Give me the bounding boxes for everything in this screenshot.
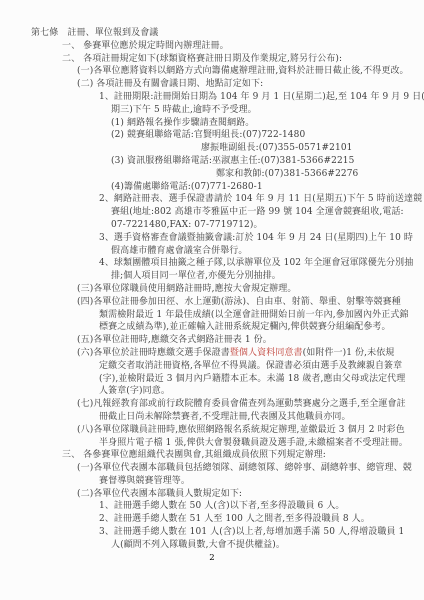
document-line: 定繳交者取消註冊資格,各單位不得異議。保證書必須由選手及教練親自簽章	[31, 360, 416, 373]
document-line: 3、註冊選手總人數在 101 人(含)以上者,每增加選手滿 50 人,得增設職員…	[31, 526, 416, 539]
document-line: 半身照片電子檔 1 張,俾供大會製發職員證及選手證,未繳檔案者不受理註冊。	[31, 437, 416, 450]
document-line: (3) 資訊服務組聯絡電話:巫淑惠主任:(07)381-5366#2215	[31, 155, 416, 168]
body-text: 一、 參賽單位應於規定時間內辦理註冊。	[62, 41, 229, 51]
body-text: 類需檢附最近 1 年最佳成績(以全運會註冊開始日前一年內,參加國內外正式錦	[99, 310, 409, 320]
body-text: 冊截止日尚未解除禁賽者,不受理註冊,代表團及其他職員亦同。	[99, 412, 351, 422]
document-line: 1、註冊期限:註冊開始日期為 104 年 9 月 1 日(星期二)起,至 104…	[31, 91, 416, 104]
body-text: 假高雄市體育處會議室合併舉行。	[111, 246, 248, 256]
body-text: (八)各單位隊職員註冊時,應依照網路報名系統規定辦理,並繳最近 3 個月 2 吋…	[77, 425, 405, 435]
body-text: 2、網路註冊表、選手保證書請於 104 年 9 月 11 日(星期五)下午 5 …	[99, 194, 422, 204]
document-line: 1、註冊選手總人數在 50 人(含)以下者,至多得設職員 6 人。	[31, 500, 416, 513]
document-line: (字),並檢附最近 3 個月內戶籍謄本正本。未滿 18 歲者,應由父母或法定代理	[31, 373, 416, 386]
body-text: 排;個人項目同一單位者,亦優先分別抽排。	[111, 271, 281, 281]
body-text: 鄭家和教師:(07)381-5366#2276	[216, 169, 358, 179]
document-line: 2、網路註冊表、選手保證書請於 104 年 9 月 11 日(星期五)下午 5 …	[31, 193, 416, 206]
body-text: 3、選手資格審查會議暨抽籤會議:訂於 104 年 9 月 24 日(星期四)上午…	[99, 233, 413, 243]
body-text: 第七條 註冊、單位報到及會議	[31, 28, 158, 38]
document-line: 4、球類團體項目抽籤之種子隊,以承辦單位及 102 年全運會冠軍隊優先分別抽	[31, 257, 416, 270]
body-text: (七)凡報經教育部或前行政院體育委員會備查列為運動禁賽處分之選手,至全運會註	[77, 399, 406, 409]
document-line: 三、 各參賽單位應組織代表團與會,其組織成員依照下列規定辦理:	[31, 449, 416, 462]
document-line: 標賽之成績為準),並正確輸入註冊系統規定欄內,俾供競賽分組編配參考。	[31, 321, 416, 334]
document-line: 期三)下午 5 時截止,逾時不予受理。	[31, 104, 416, 117]
body-text: (3) 資訊服務組聯絡電話:巫淑惠主任:(07)381-5366#2215	[111, 156, 354, 166]
document-line: 人(顧問不列入隊職員數,大會不提供權益)。	[31, 539, 416, 552]
document-line: 冊截止日尚未解除禁賽者,不受理註冊,代表團及其他職員亦同。	[31, 411, 416, 424]
body-text: 標賽之成績為準),並正確輸入註冊系統規定欄內,俾供競賽分組編配參考。	[99, 322, 391, 332]
body-text: 1、註冊期限:註冊開始日期為 104 年 9 月 1 日(星期二)起,至 104…	[99, 92, 424, 102]
document-line: 一、 參賽單位應於規定時間內辦理註冊。	[31, 40, 416, 53]
body-text: 人(顧問不列入隊職員數,大會不提供權益)。	[111, 540, 285, 550]
document-line: (4)籌備處聯絡電話:(07)771-2680-1	[31, 181, 416, 194]
document-line: 排;個人項目同一單位者,亦優先分別抽排。	[31, 270, 416, 283]
body-text: 賽督導與競賽管理等。	[99, 476, 190, 486]
body-text: (二)各單位代表團本部職員人數規定如下:	[77, 489, 242, 499]
body-text: (四)各單位註冊參加田徑、水上運動(游泳)、自由車、射箭、舉重、射擊等競賽種	[77, 297, 401, 307]
body-text: 2、註冊選手總人數在 51 人至 100 人之間者,至多得設職員 8 人。	[99, 514, 370, 524]
emphasis-text: 暨個人資料同意書	[230, 348, 303, 358]
body-text: (一)各單位代表團本部職員包括總領隊、副總領隊、總幹事、副總幹事、總管理、競	[77, 463, 412, 473]
document-line: 賽組(地址:802 高雄市苓雅區中正一路 99 號 104 全運會競賽組收,電話…	[31, 206, 416, 219]
body-text: 4、球類團體項目抽籤之種子隊,以承辦單位及 102 年全運會冠軍隊優先分別抽	[99, 258, 413, 268]
document-line: (四)各單位註冊參加田徑、水上運動(游泳)、自由車、射箭、舉重、射擊等競賽種	[31, 296, 416, 309]
document-line: (六)各單位於註冊時應繳交選手保證書暨個人資料同意書(如附件一)1 份,未依規	[31, 347, 416, 360]
body-text: (1) 網路報名操作步驟請查閱網路。	[111, 118, 254, 128]
body-text: 3、註冊選手總人數在 101 人(含)以上者,每增加選手滿 50 人,得增設職員…	[99, 527, 404, 537]
document-line: 第七條 註冊、單位報到及會議	[31, 27, 416, 40]
document-line: 二、 各項註冊規定如下(球類資格賽註冊日期及作業規定,將另行公布):	[31, 53, 416, 66]
document-line: (七)凡報經教育部或前行政院體育委員會備查列為運動禁賽處分之選手,至全運會註	[31, 398, 416, 411]
body-text: 三、 各參賽單位應組織代表團與會,其組織成員依照下列規定辦理:	[62, 450, 326, 460]
document-line: (三)各單位隊職員使用網路註冊時,應按大會規定辦理。	[31, 283, 416, 296]
document-line: 人簽章(字)同意。	[31, 385, 416, 398]
body-text: (二) 各項註冊及有關會議日期、地點訂定如下:	[77, 79, 263, 89]
document-line: 07-7221480,FAX: 07-7719712)。	[31, 219, 416, 232]
body-text: (4)籌備處聯絡電話:(07)771-2680-1	[111, 182, 263, 192]
document-line: (二)各單位代表團本部職員人數規定如下:	[31, 488, 416, 501]
body-text: (一)各單位應將資料以網路方式向籌備處辦理註冊,資料於註冊日截止後,不得更改。	[77, 66, 409, 76]
document-line: (一)各單位代表團本部職員包括總領隊、副總領隊、總幹事、副總幹事、總管理、競	[31, 462, 416, 475]
document-line: 廖振唯副組長:(07)355-0571#2101	[31, 142, 416, 155]
body-text: 期三)下午 5 時截止,逾時不予受理。	[111, 105, 257, 115]
body-text: 廖振唯副組長:(07)355-0571#2101	[201, 143, 352, 153]
document-line: 類需檢附最近 1 年最佳成績(以全運會註冊開始日前一年內,參加國內外正式錦	[31, 309, 416, 322]
document-line: (二) 各項註冊及有關會議日期、地點訂定如下:	[31, 78, 416, 91]
document-body: 第七條 註冊、單位報到及會議一、 參賽單位應於規定時間內辦理註冊。二、 各項註冊…	[0, 0, 424, 552]
document-line: 鄭家和教師:(07)381-5366#2276	[31, 168, 416, 181]
document-line: (八)各單位隊職員註冊時,應依照網路報名系統規定辦理,並繳最近 3 個月 2 吋…	[31, 424, 416, 437]
body-text: (五)各單位註冊時,應繳交各式網路註冊表 1 份。	[77, 335, 272, 345]
document-line: (一)各單位應將資料以網路方式向籌備處辦理註冊,資料於註冊日截止後,不得更改。	[31, 65, 416, 78]
body-text: (如附件一)1 份,未依規	[303, 348, 395, 358]
body-text: 定繳交者取消註冊資格,各單位不得異議。保證書必須由選手及教練親自簽章	[99, 361, 402, 371]
body-text: 1、註冊選手總人數在 50 人(含)以下者,至多得設職員 6 人。	[99, 501, 345, 511]
body-text: (六)各單位於註冊時應繳交選手保證書	[77, 348, 230, 358]
document-page: 第七條 註冊、單位報到及會議一、 參賽單位應於規定時間內辦理註冊。二、 各項註冊…	[0, 0, 424, 600]
body-text: 半身照片電子檔 1 張,俾供大會製發職員證及選手證,未繳檔案者不受理註冊。	[99, 438, 408, 448]
document-line: 3、選手資格審查會議暨抽籤會議:訂於 104 年 9 月 24 日(星期四)上午…	[31, 232, 416, 245]
document-line: 賽督導與競賽管理等。	[31, 475, 416, 488]
body-text: 二、 各項註冊規定如下(球類資格賽註冊日期及作業規定,將另行公布):	[62, 54, 342, 64]
body-text: (2) 競賽組聯絡電話:官賢明組長:(07)722-1480	[111, 130, 305, 140]
document-line: (1) 網路報名操作步驟請查閱網路。	[31, 117, 416, 130]
document-line: (2) 競賽組聯絡電話:官賢明組長:(07)722-1480	[31, 129, 416, 142]
document-line: (五)各單位註冊時,應繳交各式網路註冊表 1 份。	[31, 334, 416, 347]
body-text: 07-7221480,FAX: 07-7719712)。	[111, 220, 263, 230]
body-text: 賽組(地址:802 高雄市苓雅區中正一路 99 號 104 全運會競賽組收,電話…	[111, 207, 404, 217]
body-text: (三)各單位隊職員使用網路註冊時,應按大會規定辦理。	[77, 284, 297, 294]
page-number: 2	[0, 553, 424, 563]
body-text: 人簽章(字)同意。	[99, 386, 170, 396]
document-line: 2、註冊選手總人數在 51 人至 100 人之間者,至多得設職員 8 人。	[31, 513, 416, 526]
body-text: (字),並檢附最近 3 個月內戶籍謄本正本。未滿 18 歲者,應由父母或法定代理	[99, 374, 405, 384]
document-line: 假高雄市體育處會議室合併舉行。	[31, 245, 416, 258]
